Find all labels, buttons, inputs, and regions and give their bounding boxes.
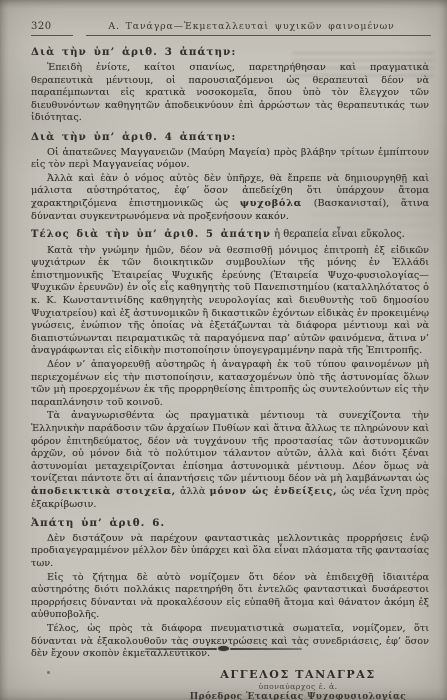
header-rule [31, 35, 431, 36]
heading-fraud-5: Τέλος διὰ τὴν ὑπ’ ἀριθ. 5 ἀπάτην ἡ θεραπ… [31, 229, 429, 242]
header-rule-long [86, 35, 431, 36]
paragraph-press-ban: Δέον ν’ ἀπαγορευθῇ αὐστηρῶς ἡ ἀναγραφὴ ἐ… [31, 359, 429, 409]
heading-fraud-3-bold-run: Διὰ τὴν ὑπ’ ἀριθ. 3 ἀπάτην: [31, 46, 236, 58]
heading-fraud-3: Διὰ τὴν ὑπ’ ἀριθ. 3 ἀπάτην: [31, 46, 429, 59]
paragraph-societies: Τέλος, ὡς πρὸς τὰ διάφορα πνευματιστικὰ … [31, 623, 429, 661]
header-rule-short [31, 35, 73, 36]
paragraph-fraud-6b-run: Εἰς τὸ ζήτημα δὲ αὐτὸ νομίζομεν ὅτι δέον… [31, 572, 429, 621]
paragraph-fraud-4b: Ἀλλὰ καὶ ἐὰν ὁ νόμος αὐτὸς δὲν ὑπῆρχε, θ… [31, 173, 429, 223]
paragraph-societies-run: Τέλος, ὡς πρὸς τὰ διάφορα πνευματιστικὰ … [31, 623, 429, 659]
paragraph-fraud-4a-run: Οἱ ἀπατεῶνες Μαγγανειῶν (Μαύρη Μαγεία) π… [31, 147, 429, 171]
paragraph-recognized-mediums: Τὰ ἀναγνωρισθέντα ὡς πραγματικὰ μέντιουμ… [31, 410, 429, 511]
paragraph-committee-run: Κατὰ τὴν γνώμην ἡμῶν, δέον νὰ θεσπισθῇ μ… [31, 245, 429, 357]
paper-speck [47, 671, 50, 674]
content-blocks: Διὰ τὴν ὑπ’ ἀριθ. 3 ἀπάτην:Ἐπειδὴ ἐνίοτε… [31, 46, 429, 660]
heading-fraud-4-bold-run: Διὰ τὴν ὑπ’ ἀριθ. 4 ἀπάτην: [31, 131, 236, 143]
signature-title: Πρόεδρος Ἑταιρείας Ψυχοφυσιολογίας [173, 692, 423, 700]
paragraph-fraud-3: Ἐπειδὴ ἐνίοτε, καίτοι σπανίως, παρετηρήθ… [31, 62, 429, 125]
page-header: 320 Α. Τανάγρα—Ἐκμεταλλευταὶ ψυχικῶν φαι… [0, 0, 447, 32]
divider-ornament [218, 646, 229, 651]
page-number: 320 [31, 21, 73, 32]
header-rule-gap [73, 35, 86, 36]
divider-line-right [230, 648, 302, 650]
heading-fraud-4: Διὰ τὴν ὑπ’ ἀριθ. 4 ἀπάτην: [31, 131, 429, 144]
paragraph-recognized-mediums-run: Τὰ ἀναγνωρισθέντα ὡς πραγματικὰ μέντιουμ… [31, 410, 429, 484]
scanned-book-page: 320 Α. Τανάγρα—Ἐκμεταλλευταὶ ψυχικῶν φαι… [0, 0, 447, 700]
paragraph-fraud-6a-run: Δὲν διστάζουν νὰ παρέχουν φανταστικὰς με… [31, 533, 429, 569]
divider-line-left [145, 648, 217, 650]
paragraph-fraud-6b: Εἰς τὸ ζήτημα δὲ αὐτὸ νομίζομεν ὅτι δέον… [31, 572, 429, 622]
paragraph-fraud-3-run: Ἐπειδὴ ἐνίοτε, καίτοι σπανίως, παρετηρήθ… [31, 62, 429, 123]
paragraph-fraud-6a: Δὲν διστάζουν νὰ παρέχουν φανταστικὰς με… [31, 533, 429, 571]
paragraph-recognized-mediums-bold-run: μόνον ὡς ἐνδείξεις, [210, 486, 338, 497]
heading-fraud-5-run: ἡ θεραπεία εἶναι εὔκολος. [271, 229, 405, 240]
paragraph-recognized-mediums-run: ἀλλὰ [176, 486, 210, 497]
heading-fraud-6-bold-run: Ἀπάτη ὑπ’ ἀριθ. 6. [31, 517, 165, 529]
heading-fraud-6: Ἀπάτη ὑπ’ ἀριθ. 6. [31, 517, 429, 530]
running-title: Α. Τανάγρα—Ἐκμεταλλευταὶ ψυχικῶν φαινομέ… [73, 21, 430, 32]
paragraph-fraud-4b-bold-run: ψυχοβόλα [240, 198, 302, 209]
paragraph-fraud-4a: Οἱ ἀπατεῶνες Μαγγανειῶν (Μαύρη Μαγεία) π… [31, 147, 429, 172]
signature-rank: ὑποναύαρχος ἐ. ἀ. [173, 682, 423, 691]
paragraph-committee: Κατὰ τὴν γνώμην ἡμῶν, δέον νὰ θεσπισθῇ μ… [31, 245, 429, 358]
paragraph-recognized-mediums-bold-run: ἀποδεικτικὰ στοιχεῖα, [31, 486, 176, 497]
end-divider [0, 646, 447, 651]
paragraph-press-ban-run: Δέον ν’ ἀπαγορευθῇ αὐστηρῶς ἡ ἀναγραφὴ ἐ… [31, 359, 429, 408]
signature-name: ΑΓΓΕΛΟΣ ΤΑΝΑΓΡΑΣ [173, 668, 423, 681]
signature-block: ΑΓΓΕΛΟΣ ΤΑΝΑΓΡΑΣ ὑποναύαρχος ἐ. ἀ. Πρόεδ… [173, 668, 423, 700]
heading-fraud-5-bold-run: Τέλος διὰ τὴν ὑπ’ ἀριθ. 5 ἀπάτην [31, 229, 271, 240]
